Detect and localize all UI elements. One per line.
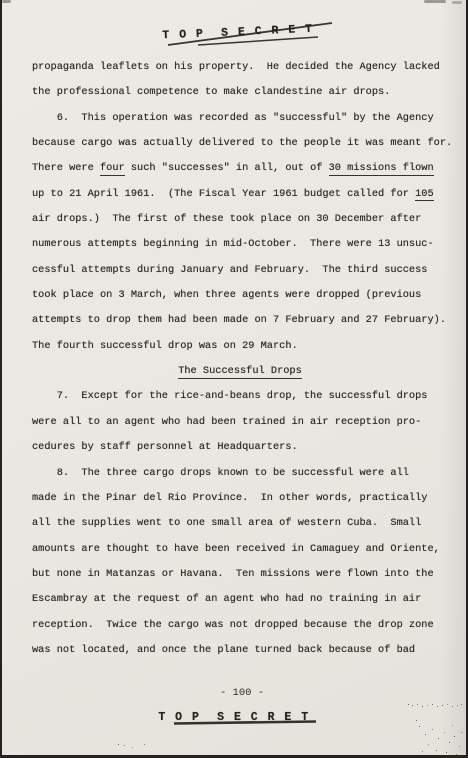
text-line: because cargo was actually delivered to … [32, 131, 448, 156]
strikethrough-line-bottom [160, 710, 340, 732]
text-line: cessful attempts during January and Febr… [32, 258, 448, 283]
text-segment: 7. Except for the rice-and-beans drop, t… [32, 390, 427, 402]
scan-speckles [416, 720, 417, 721]
text-segment: the professional competence to make clan… [32, 86, 390, 98]
text-segment: 6. This operation was recorded as "succe… [32, 112, 434, 124]
text-line: Escambray at the request of an agent who… [32, 587, 448, 612]
text-line: all the supplies went to one small area … [32, 511, 448, 536]
text-line: the professional competence to make clan… [32, 80, 448, 105]
scan-speckles [118, 744, 119, 745]
text-segment: propaganda leaflets on his property. He … [32, 61, 440, 73]
page-number: - 100 - [8, 687, 468, 699]
strikethrough-line-top [160, 14, 340, 56]
text-line: 6. This operation was recorded as "succe… [32, 106, 448, 131]
text-line: propaganda leaflets on his property. He … [32, 55, 448, 80]
text-segment: Escambray at the request of an agent who… [32, 593, 421, 605]
underlined-text: The Successful Drops [178, 365, 302, 379]
text-line: took place on 3 March, when three agents… [32, 283, 448, 308]
text-line: was not located, and once the plane turn… [32, 638, 448, 663]
text-segment: air drops.) The first of these took plac… [32, 213, 421, 225]
text-line: 7. Except for the rice-and-beans drop, t… [32, 384, 448, 409]
scanned-document-page: T O P S E C R E T propaganda leaflets on… [0, 0, 468, 758]
text-segment: reception. Twice the cargo was not dropp… [32, 619, 434, 631]
scan-smudge [424, 0, 446, 3]
underlined-text: four [100, 162, 125, 176]
text-segment: cedures by staff personnel at Headquarte… [32, 441, 298, 453]
text-line: made in the Pinar del Rio Province. In o… [32, 486, 448, 511]
text-segment: The fourth successful drop was on 29 Mar… [32, 340, 298, 352]
underlined-text: 30 missions flown [329, 162, 434, 176]
text-segment: made in the Pinar del Rio Province. In o… [32, 492, 427, 504]
text-segment: There were [32, 162, 100, 174]
text-segment: 8. The three cargo drops known to be suc… [32, 467, 409, 479]
text-line: numerous attempts beginning in mid-Octob… [32, 232, 448, 257]
text-segment: were all to an agent who had been traine… [32, 416, 421, 428]
text-segment: attempts to drop them had been made on 7… [32, 314, 446, 326]
scan-speckles [408, 704, 409, 705]
scan-smudge [2, 0, 11, 3]
text-line: The fourth successful drop was on 29 Mar… [32, 334, 448, 359]
text-segment: but none in Matanzas or Havana. Ten miss… [32, 568, 434, 580]
scan-smudge [452, 1, 462, 4]
text-line: air drops.) The first of these took plac… [32, 207, 448, 232]
text-line: There were four such "successes" in all,… [32, 156, 448, 181]
text-segment: was not located, and once the plane turn… [32, 644, 415, 656]
text-line: attempts to drop them had been made on 7… [32, 308, 448, 333]
text-segment: such "successes" in all, out of [125, 162, 329, 174]
text-line: were all to an agent who had been traine… [32, 410, 448, 435]
section-heading: The Successful Drops [32, 359, 448, 384]
text-line: 8. The three cargo drops known to be suc… [32, 461, 448, 486]
text-segment: cessful attempts during January and Febr… [32, 264, 427, 276]
text-line: amounts are thought to have been receive… [32, 537, 448, 562]
text-line: cedures by staff personnel at Headquarte… [32, 435, 448, 460]
text-segment: because cargo was actually delivered to … [32, 137, 452, 149]
scan-edge-left [0, 0, 2, 758]
text-line: up to 21 April 1961. (The Fiscal Year 19… [32, 182, 448, 207]
text-segment: numerous attempts beginning in mid-Octob… [32, 238, 434, 250]
text-segment: took place on 3 March, when three agents… [32, 289, 421, 301]
text-segment: amounts are thought to have been receive… [32, 543, 440, 555]
underlined-text: 105 [415, 188, 434, 202]
text-segment: all the supplies went to one small area … [32, 517, 421, 529]
text-segment: up to 21 April 1961. (The Fiscal Year 19… [32, 188, 415, 200]
text-line: but none in Matanzas or Havana. Ten miss… [32, 562, 448, 587]
text-line: reception. Twice the cargo was not dropp… [32, 613, 448, 638]
document-body: propaganda leaflets on his property. He … [32, 55, 448, 663]
scan-shading [440, 0, 466, 758]
